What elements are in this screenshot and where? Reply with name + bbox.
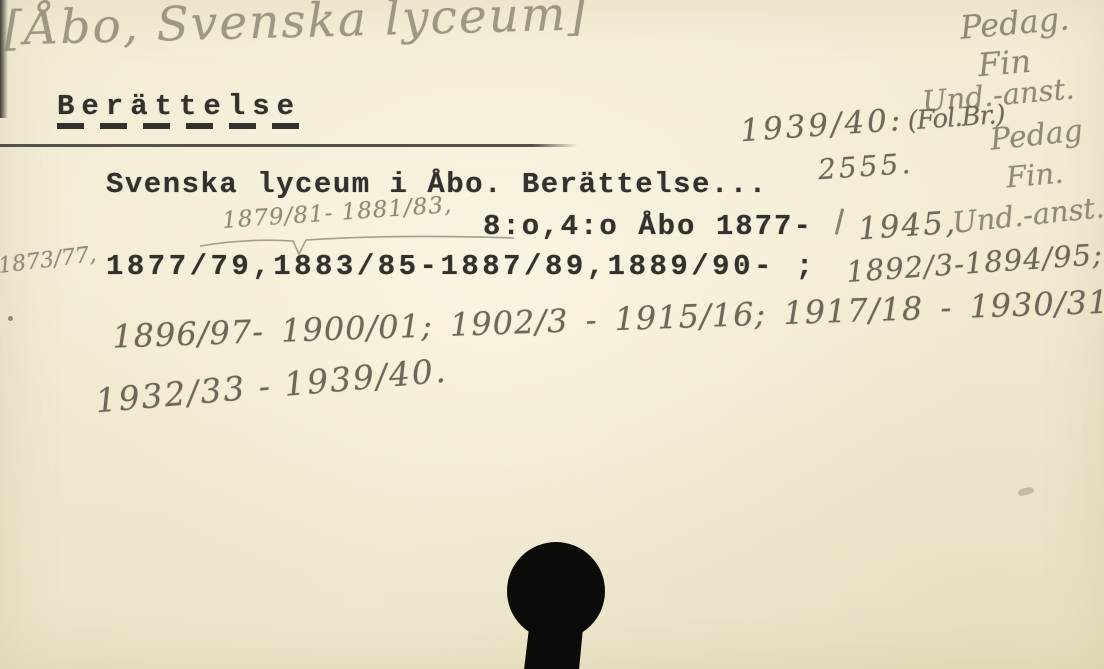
imprint-line: 8:o,4:o Åbo 1877- — [483, 210, 813, 243]
heading-typed: Berättelse — [57, 90, 301, 123]
subject-a-1: Pedag. — [959, 0, 1071, 47]
card-header-handwritten: [Åbo, Svenska lyceum] — [3, 0, 588, 57]
horizontal-rule — [0, 144, 578, 147]
catalog-card: [Åbo, Svenska lyceum] Berättelse Pedag. … — [0, 0, 1104, 669]
call-number-format: (Fol.Br.) — [907, 100, 1006, 137]
call-number-figure: 2555. — [817, 147, 914, 187]
pencil-strike — [835, 208, 844, 235]
margin-note: 1873/77, — [0, 242, 98, 279]
pencil-dot — [8, 316, 13, 321]
heading-underline — [57, 123, 315, 129]
holdings-hand-2: 1896/97- 1900/01; 1902/3 - 1915/16; 1917… — [112, 282, 1104, 355]
call-number-year: 1939/40: — [739, 102, 904, 149]
pencil-smudge — [1017, 486, 1034, 497]
subject-b-2: Fin. — [1005, 156, 1065, 195]
imprint-addition: 1945, — [857, 205, 958, 248]
punch-hole — [498, 540, 616, 669]
holdings-typed: 1877/79,1883/85-1887/89,1889/90- ; — [106, 250, 817, 283]
holdings-hand-3: 1932/33 - 1939/40. — [94, 351, 449, 421]
subject-b-3: Und.-anst. — [951, 190, 1104, 240]
call-number: 1939/40: (Fol.Br.) — [739, 95, 1006, 149]
